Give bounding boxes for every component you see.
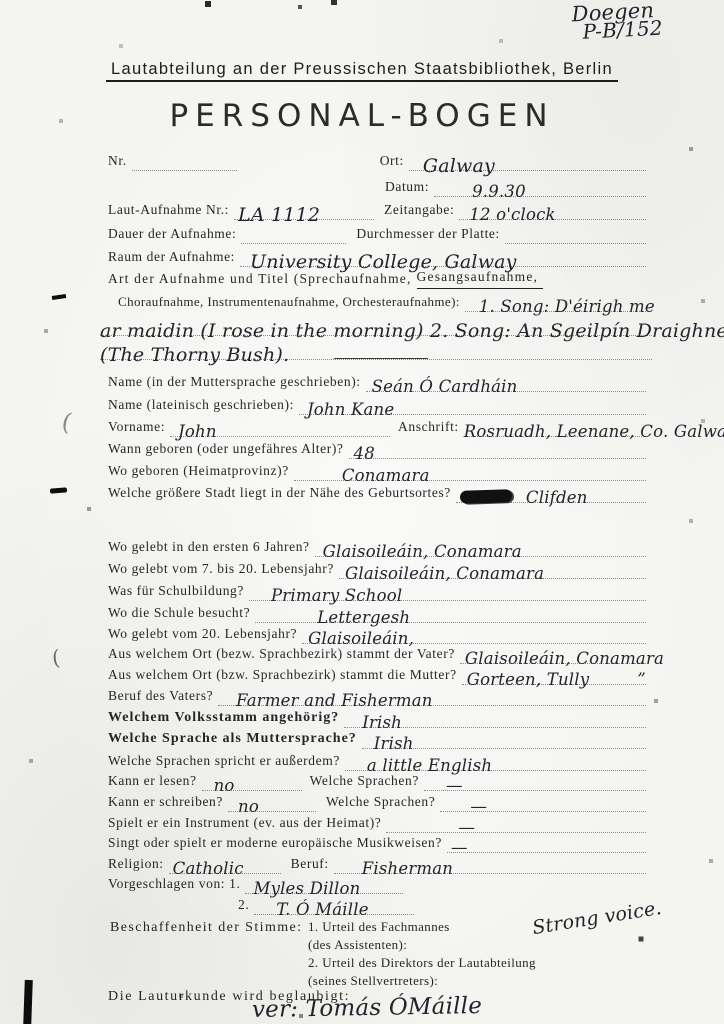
row-groessere-stadt: Welche größere Stadt liegt in der Nähe d… xyxy=(108,482,646,503)
row-name-muttersprache: Name (in der Muttersprache geschrieben):… xyxy=(108,371,646,392)
stadt-value: Clifden xyxy=(526,490,588,506)
gelebt6-label: Wo gelebt in den ersten 6 Jahren? xyxy=(108,537,315,557)
urteil-fachmann-block: 1. Urteil des Fachmannes (des Assistente… xyxy=(308,918,450,953)
sprachen-label: Welche Sprachen spricht er außerdem? xyxy=(108,751,345,771)
vorgeschlagen-label: Vorgeschlagen von: 1. xyxy=(108,874,245,894)
muttersprache-label: Welche Sprache als Muttersprache? xyxy=(108,729,362,749)
urteil-direktor-block: 2. Urteil des Direktors der Lautabteilun… xyxy=(308,954,536,989)
row-nr-ort: Nr. Ort: Galway xyxy=(108,150,646,171)
art-value-2: ar maidin (I rose in the morning) 2. Son… xyxy=(100,323,724,339)
row-religion-beruf: Religion: Catholic Beruf: Fisherman xyxy=(108,853,646,874)
row-lautnr-zeit: Laut-Aufnahme Nr.: LA 1112 Zeitangabe: 1… xyxy=(108,199,646,220)
row-muttersprache: Welche Sprache als Muttersprache? Irish xyxy=(108,728,646,749)
row-name-lateinisch: Name (lateinisch geschrieben): John Kane xyxy=(108,394,646,415)
stadt-label: Welche größere Stadt liegt in der Nähe d… xyxy=(108,483,456,503)
zeit-label: Zeitangabe: xyxy=(384,200,459,220)
schule-label: Wo die Schule besucht? xyxy=(108,603,255,623)
urteil1-line2: (des Assistenten): xyxy=(308,936,450,954)
name-latein-label: Name (lateinisch geschrieben): xyxy=(108,395,299,415)
vorname-label: Vorname: xyxy=(108,417,170,437)
row-vorname-anschrift: Vorname: John Anschrift: Rosruadh, Leena… xyxy=(108,416,646,437)
zeit-value: 12 o'clock xyxy=(459,207,555,223)
row-wann-geboren: Wann geboren (oder ungefähres Alter)? 48 xyxy=(108,438,646,459)
lesen-sprachen-label: Welche Sprachen? xyxy=(310,771,424,791)
art-label-pre: Art der Aufnahme und Titel (Sprechaufnah… xyxy=(108,269,417,289)
form-title: PERSONAL-BOGEN xyxy=(169,98,554,134)
gelebt720-label: Wo gelebt vom 7. bis 20. Lebensjahr? xyxy=(108,559,339,579)
row-art-line1: Art der Aufnahme und Titel (Sprechaufnah… xyxy=(108,268,646,289)
scanned-personal-bogen-form: ( ( Doegen P-B/152 Lautabteilung an der … xyxy=(0,0,724,1024)
zeit-line: 12 o'clock xyxy=(459,198,646,220)
row-kann-schreiben: Kann er schreiben? no Welche Sprachen? — xyxy=(108,791,646,812)
schreiben-sprachen-label: Welche Sprachen? xyxy=(326,792,440,812)
durchmesser-line xyxy=(505,222,646,244)
row-wo-geboren: Wo geboren (Heimatprovinz)? Conamara xyxy=(108,460,646,481)
art-label-gesang: Gesangsaufnahme, xyxy=(417,267,544,289)
row-art-hw3: (The Thorny Bush). xyxy=(100,339,652,360)
row-art-line2: Choraufnahme, Instrumentenaufnahme, Orch… xyxy=(118,291,646,312)
beruf-label: Beruf: xyxy=(291,854,334,874)
institution-name: Lautabteilung an der Preussischen Staats… xyxy=(106,60,618,82)
lautnr-line: LA 1112 xyxy=(234,198,374,220)
durchmesser-label: Durchmesser der Platte: xyxy=(356,224,505,244)
vater-ort-label: Aus welchem Ort (bezw. Sprachbezirk) sta… xyxy=(108,644,460,664)
stimme-label: Beschaffenheit der Stimme: xyxy=(110,920,307,935)
instrument-label: Spielt er ein Instrument (ev. aus der He… xyxy=(108,813,386,833)
archive-annotation: Doegen P-B/152 xyxy=(571,2,663,37)
annotation-shelfmark: P-B/152 xyxy=(582,20,663,40)
art-value-1: 1. Song: D'éirigh me xyxy=(465,299,655,315)
vorgeschlagen-value2: T. Ó Máille xyxy=(254,902,368,918)
row-gelebt-6: Wo gelebt in den ersten 6 Jahren? Glaiso… xyxy=(108,536,646,557)
art-value-3: (The Thorny Bush). xyxy=(100,347,289,363)
director-signature: ver: Tomás ÓMáille xyxy=(252,993,483,1023)
lautnr-label: Laut-Aufnahme Nr.: xyxy=(108,200,234,220)
row-vorgeschlagen-1: Vorgeschlagen von: 1. Myles Dillon xyxy=(108,873,646,894)
row-mutter-ort: Aus welchem Ort (bzw. Sprachbezirk) stam… xyxy=(108,664,646,685)
gelebt20-label: Wo gelebt vom 20. Lebensjahr? xyxy=(108,624,302,644)
signature-wrap: ver: Tomás ÓMáille xyxy=(252,998,482,1022)
beruf-vater-label: Beruf des Vaters? xyxy=(108,686,218,706)
row-schulbildung: Was für Schulbildung? Primary School xyxy=(108,580,646,601)
row-instrument: Spielt er ein Instrument (ev. aus der He… xyxy=(108,812,646,833)
row-raum: Raum der Aufnahme: University College, G… xyxy=(108,246,646,267)
form-title-wrap: PERSONAL-BOGEN xyxy=(0,98,724,134)
pencil-mark-left: ( xyxy=(59,407,74,436)
dark-bar-bottom-left xyxy=(23,980,33,1024)
ort-value: Galway xyxy=(409,158,495,174)
pencil-mark-left-2: ( xyxy=(51,646,62,671)
header: Lautabteilung an der Preussischen Staats… xyxy=(0,60,724,79)
mutter-ort-label: Aus welchem Ort (bzw. Sprachbezirk) stam… xyxy=(108,665,462,685)
separator-line xyxy=(334,358,428,359)
vorgeschlagen-label2: 2. xyxy=(238,895,254,915)
lautnr-value: LA 1112 xyxy=(234,207,320,223)
scribbled-out-text xyxy=(460,489,512,504)
row-schule-wo: Wo die Schule besucht? Lettergesh xyxy=(108,602,646,623)
raum-label: Raum der Aufnahme: xyxy=(108,247,240,267)
row-musikweisen: Singt oder spielt er moderne europäische… xyxy=(108,832,646,853)
urteil2-line1: 2. Urteil des Direktors der Lautabteilun… xyxy=(308,954,536,972)
geboren-wo-label: Wo geboren (Heimatprovinz)? xyxy=(108,461,294,481)
stimme-label-wrap: Beschaffenheit der Stimme: xyxy=(110,918,307,938)
name-mutter-label: Name (in der Muttersprache geschrieben): xyxy=(108,372,366,392)
musikweisen-label: Singt oder spielt er moderne europäische… xyxy=(108,833,447,853)
ink-blot-left-margin xyxy=(52,294,66,300)
row-gelebt-7-20: Wo gelebt vom 7. bis 20. Lebensjahr? Gla… xyxy=(108,558,646,579)
row-gelebt-20: Wo gelebt vom 20. Lebensjahr? Glaisoileá… xyxy=(108,623,646,644)
art-line: 1. Song: D'éirigh me xyxy=(465,290,646,312)
dauer-label: Dauer der Aufnahme: xyxy=(108,224,241,244)
row-vater-ort: Aus welchem Ort (bezw. Sprachbezirk) sta… xyxy=(108,643,646,664)
urteil1-line1: 1. Urteil des Fachmannes xyxy=(308,918,450,936)
schreiben-label: Kann er schreiben? xyxy=(108,792,228,812)
datum-line: 9.9.30 xyxy=(434,175,646,197)
volksstamm-label: Welchem Volksstamm angehörig? xyxy=(108,708,344,728)
row-sprachen-ausserdem: Welche Sprachen spricht er außerdem? a l… xyxy=(108,750,646,771)
row-volksstamm: Welchem Volksstamm angehörig? Irish xyxy=(108,707,646,728)
scan-specks xyxy=(0,0,2,2)
geboren-wann-label: Wann geboren (oder ungefähres Alter)? xyxy=(108,439,349,459)
ort-line: Galway xyxy=(409,149,646,171)
nr-label: Nr. xyxy=(108,151,132,171)
religion-label: Religion: xyxy=(108,854,169,874)
row-beruf-vater: Beruf des Vaters? Farmer and Fisherman xyxy=(108,685,646,706)
ort-label: Ort: xyxy=(380,151,409,171)
schulbildung-label: Was für Schulbildung? xyxy=(108,581,249,601)
nr-line xyxy=(132,149,237,171)
ink-dash-left-margin xyxy=(50,487,67,493)
lesen-label: Kann er lesen? xyxy=(108,771,202,791)
datum-label: Datum: xyxy=(385,177,434,197)
dauer-line xyxy=(241,222,346,244)
anschrift-label: Anschrift: xyxy=(398,417,464,437)
row-art-hw2: ar maidin (I rose in the morning) 2. Son… xyxy=(100,315,652,336)
row-dauer-durchmesser: Dauer der Aufnahme: Durchmesser der Plat… xyxy=(108,223,646,244)
row-kann-lesen: Kann er lesen? no Welche Sprachen? — xyxy=(108,770,646,791)
row-datum: Datum: 9.9.30 xyxy=(108,176,646,197)
art-label-line2: Choraufnahme, Instrumentenaufnahme, Orch… xyxy=(118,292,465,312)
raum-line: University College, Galway xyxy=(240,245,646,267)
